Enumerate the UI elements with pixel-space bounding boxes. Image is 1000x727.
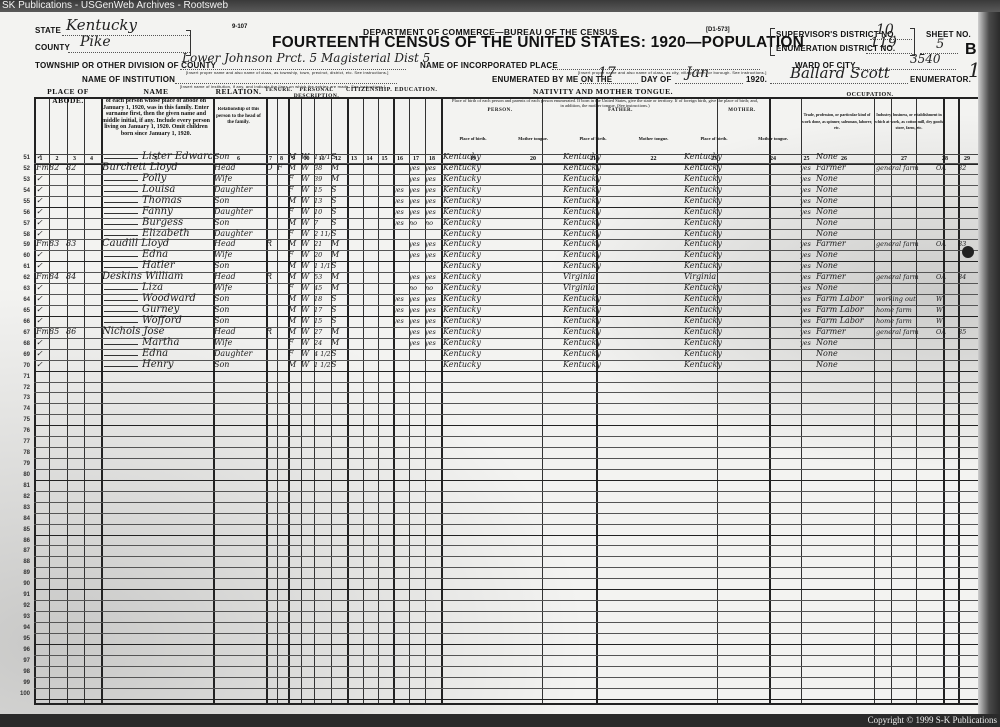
line-number-left: 97: [14, 658, 30, 664]
row-divider: [34, 688, 980, 689]
enumeration-day: 17: [598, 65, 616, 81]
line-number-left: 89: [14, 570, 30, 576]
ward-value: 3540: [910, 52, 941, 66]
line-number-left: 63: [14, 286, 30, 292]
line-number-left: 60: [14, 253, 30, 259]
group-occupation: OCCUPATION.: [799, 92, 941, 98]
enumeration-underline: [866, 53, 912, 54]
township-hint: [Insert proper name and also name of cla…: [186, 70, 389, 75]
cell-farm: 84: [958, 271, 978, 283]
row-divider: [34, 447, 980, 448]
row-divider: [34, 622, 980, 623]
cell-family: 82: [66, 162, 83, 174]
group-name: NAME: [100, 87, 212, 96]
row-divider: [34, 371, 980, 372]
cell-owned: R: [266, 326, 276, 338]
cell-dwelling: 85: [49, 326, 66, 338]
form-number: 9-107: [232, 24, 247, 30]
line-number-left: 66: [14, 319, 30, 325]
ditto-dash: [104, 322, 138, 323]
line-number-left: 88: [14, 559, 30, 565]
group-citizenship: CITIZENSHIP.: [346, 87, 392, 93]
bottom-bar: [0, 714, 1000, 727]
cell-sex: M: [288, 359, 300, 371]
line-number-left: 93: [14, 614, 30, 620]
line-number-left: 79: [14, 461, 30, 467]
ditto-dash: [104, 300, 138, 301]
cell-birth: Kentucky: [443, 359, 507, 371]
group-relation: RELATION.: [212, 87, 265, 96]
row-divider: [34, 535, 980, 536]
cell-mother-birth: Kentucky: [684, 359, 748, 371]
ditto-dash: [104, 289, 138, 290]
sheet-no-label: SHEET NO.: [926, 30, 971, 39]
month-underline: [675, 83, 743, 84]
row-divider: [34, 425, 980, 426]
line-number-left: 74: [14, 406, 30, 412]
cell-marital: S: [331, 359, 345, 371]
header-person-tongue: Mother tongue.: [506, 136, 560, 143]
group-father: FATHER.: [560, 108, 681, 113]
cell-dwelling: 83: [49, 238, 66, 250]
cell-read: yes: [409, 249, 424, 261]
county-value: Pike: [80, 34, 111, 50]
year-label: 1920.: [746, 75, 767, 84]
ward-underline: [856, 69, 956, 70]
line-number-left: 99: [14, 680, 30, 686]
line-number-left: 95: [14, 636, 30, 642]
cell-industry: general farm: [876, 271, 934, 283]
ditto-dash: [104, 235, 138, 236]
row-divider: [34, 502, 980, 503]
line-number-left: 96: [14, 647, 30, 653]
ditto-dash: [104, 158, 138, 159]
enumeration-district-value: 119: [870, 35, 897, 51]
copyright-notice: Copyright © 1999 S-K Publications: [868, 715, 997, 725]
cell-owned: O: [266, 162, 276, 174]
cell-father-birth: Kentucky: [563, 359, 627, 371]
row-divider: [34, 382, 980, 383]
line-number-left: 57: [14, 221, 30, 227]
ditto-dash: [104, 344, 138, 345]
line-number-left: 84: [14, 516, 30, 522]
cell-mortgage: F: [277, 162, 287, 174]
line-number-left: 69: [14, 352, 30, 358]
ditto-dash: [104, 202, 138, 203]
row-divider: [34, 436, 980, 437]
line-number-left: 85: [14, 527, 30, 533]
row-divider: [34, 392, 980, 393]
line-number-left: 64: [14, 297, 30, 303]
line-number-left: 61: [14, 264, 30, 270]
cell-english: yes: [800, 206, 814, 218]
cell-industry: general farm: [876, 238, 934, 250]
header-mother-birth: Place of birth.: [681, 136, 747, 143]
group-person: PERSON.: [440, 108, 560, 113]
sheet-number: 5: [936, 37, 944, 52]
cell-write: yes: [425, 337, 440, 349]
row-divider: [34, 513, 980, 514]
day-of-label: DAY OF: [641, 75, 672, 84]
cell-industry: general farm: [876, 326, 934, 338]
row-divider: [34, 666, 980, 667]
ditto-dash: [104, 267, 138, 268]
row-divider: [34, 578, 980, 579]
line-number-left: 73: [14, 395, 30, 401]
day-underline: [580, 83, 638, 84]
ditto-dash: [104, 213, 138, 214]
header-industry: Industry, business, or establishment in …: [874, 112, 944, 132]
cell-race: W: [301, 359, 313, 371]
cell-family: 84: [66, 271, 83, 283]
ditto-dash: [104, 191, 138, 192]
line-number-left: 100: [14, 691, 30, 697]
header-trade: Trade, profession, or particular kind of…: [802, 112, 872, 132]
line-number-left: 82: [14, 494, 30, 500]
cell-school: yes: [393, 217, 408, 229]
group-tenure: TENURE.: [265, 87, 287, 93]
enumerator-label: ENUMERATOR.: [910, 75, 971, 84]
header-mother-tongue: Mother tongue.: [747, 136, 799, 143]
line-number-left: 92: [14, 603, 30, 609]
window-title-bar: SK Publications - USGenWeb Archives - Ro…: [0, 0, 1000, 12]
line-number-left: 68: [14, 341, 30, 347]
row-divider: [34, 589, 980, 590]
page-edge-shadow: [978, 12, 1000, 714]
line-number-left: 67: [14, 330, 30, 336]
row-divider: [34, 644, 980, 645]
row-divider: [34, 677, 980, 678]
ditto-dash: [104, 355, 138, 356]
row-divider: [34, 414, 980, 415]
row-divider: [34, 699, 980, 700]
enumeration-month: Jan: [686, 65, 709, 81]
cell-school: yes: [393, 315, 408, 327]
header-relation: Relationship of this person to the head …: [214, 107, 263, 127]
cell-english: yes: [800, 337, 814, 349]
line-number-left: 70: [14, 363, 30, 369]
cell-occupation: None: [816, 359, 874, 371]
group-mother: MOTHER.: [681, 108, 803, 113]
cell-age: 1 1/2: [314, 359, 330, 371]
line-number-left: 78: [14, 450, 30, 456]
line-number-left: 71: [14, 374, 30, 380]
line-number-left: 54: [14, 188, 30, 194]
ditto-dash: [104, 256, 138, 257]
line-number-left: 81: [14, 483, 30, 489]
state-label: STATE: [35, 26, 61, 35]
district-brace-left: [770, 28, 775, 56]
row-divider: [34, 556, 980, 557]
row-divider: [34, 458, 980, 459]
ward-label: WARD OF CITY: [795, 61, 856, 70]
line-number-left: 72: [14, 385, 30, 391]
cell-farm: 82: [958, 162, 978, 174]
cell-c1: ✓: [36, 359, 48, 371]
line-number-left: 62: [14, 275, 30, 281]
form-code: [D1-573]: [706, 27, 730, 33]
group-education: EDUCATION.: [392, 87, 440, 93]
header-name: of each person whose place of abode on J…: [102, 98, 210, 137]
line-number-left: 51: [14, 155, 30, 161]
cell-name: Henry: [142, 359, 212, 371]
row-divider: [34, 469, 980, 470]
page-blot: [962, 246, 974, 258]
census-page: STATE Kentucky COUNTY Pike 9-107 DEPARTM…: [0, 12, 994, 714]
county-label: COUNTY: [35, 43, 70, 52]
county-underline: [68, 52, 190, 53]
line-number-left: 56: [14, 210, 30, 216]
line-number-left: 86: [14, 538, 30, 544]
line-number-left: 94: [14, 625, 30, 631]
cell-class: OA: [936, 162, 956, 174]
line-number-left: 80: [14, 472, 30, 478]
cell-family: 86: [66, 326, 83, 338]
cell-class: OA: [936, 271, 956, 283]
census-title: FOURTEENTH CENSUS OF THE UNITED STATES: …: [272, 34, 804, 52]
line-number-left: 59: [14, 242, 30, 248]
header-father-birth: Place of birth.: [560, 136, 626, 143]
cell-relation: Son: [214, 359, 264, 371]
nativity-note: Place of birth of each person and parent…: [450, 98, 760, 108]
line-number-left: 55: [14, 199, 30, 205]
cell-owned: R: [266, 238, 276, 250]
cell-class: OA: [936, 326, 956, 338]
line-number-left: 76: [14, 428, 30, 434]
line-number-left: 53: [14, 177, 30, 183]
line-number-left: 52: [14, 166, 30, 172]
row-divider: [34, 655, 980, 656]
cell-dwelling: 82: [49, 162, 66, 174]
institution-label: NAME OF INSTITUTION: [82, 75, 175, 84]
ditto-dash: [104, 311, 138, 312]
row-divider: [34, 611, 980, 612]
line-number-left: 75: [14, 417, 30, 423]
group-place-of-abode: PLACE OF ABODE.: [36, 87, 100, 105]
row-divider: [34, 524, 980, 525]
cell-write: no: [425, 217, 440, 229]
line-number-left: 58: [14, 232, 30, 238]
line-number-left: 83: [14, 505, 30, 511]
row-divider: [34, 491, 980, 492]
cell-family: 83: [66, 238, 83, 250]
header-father-tongue: Mother tongue.: [626, 136, 681, 143]
row-divider: [34, 600, 980, 601]
line-number-left: 90: [14, 581, 30, 587]
ditto-dash: [104, 180, 138, 181]
row-divider: [34, 633, 980, 634]
cell-class: OA: [936, 238, 956, 250]
group-nativity: NATIVITY AND MOTHER TONGUE.: [440, 87, 766, 96]
ditto-dash: [104, 224, 138, 225]
ditto-dash: [104, 366, 138, 367]
cell-dwelling: 84: [49, 271, 66, 283]
cell-read: no: [409, 217, 424, 229]
row-divider: [34, 480, 980, 481]
incorporated-place-label: NAME OF INCORPORATED PLACE: [420, 61, 558, 70]
line-number-left: 65: [14, 308, 30, 314]
line-number-left: 87: [14, 548, 30, 554]
row-divider: [34, 545, 980, 546]
cell-write: yes: [425, 249, 440, 261]
sheet-side: B: [965, 41, 977, 59]
cell-farm: 85: [958, 326, 978, 338]
state-value: Kentucky: [66, 16, 137, 34]
header-person-birth: Place of birth.: [440, 136, 506, 143]
cell-owned: R: [266, 271, 276, 283]
group-personal: PERSONAL DESCRIPTION.: [287, 87, 346, 99]
line-number-left: 77: [14, 439, 30, 445]
enumerator-underline: [770, 83, 908, 84]
row-divider: [34, 567, 980, 568]
row-divider: [34, 403, 980, 404]
line-number-left: 98: [14, 669, 30, 675]
line-number-left: 91: [14, 592, 30, 598]
township-value: Lower Johnson Prct. 5 Magisterial Dist 5: [182, 51, 430, 65]
cell-read: yes: [409, 337, 424, 349]
cell-industry: general farm: [876, 162, 934, 174]
